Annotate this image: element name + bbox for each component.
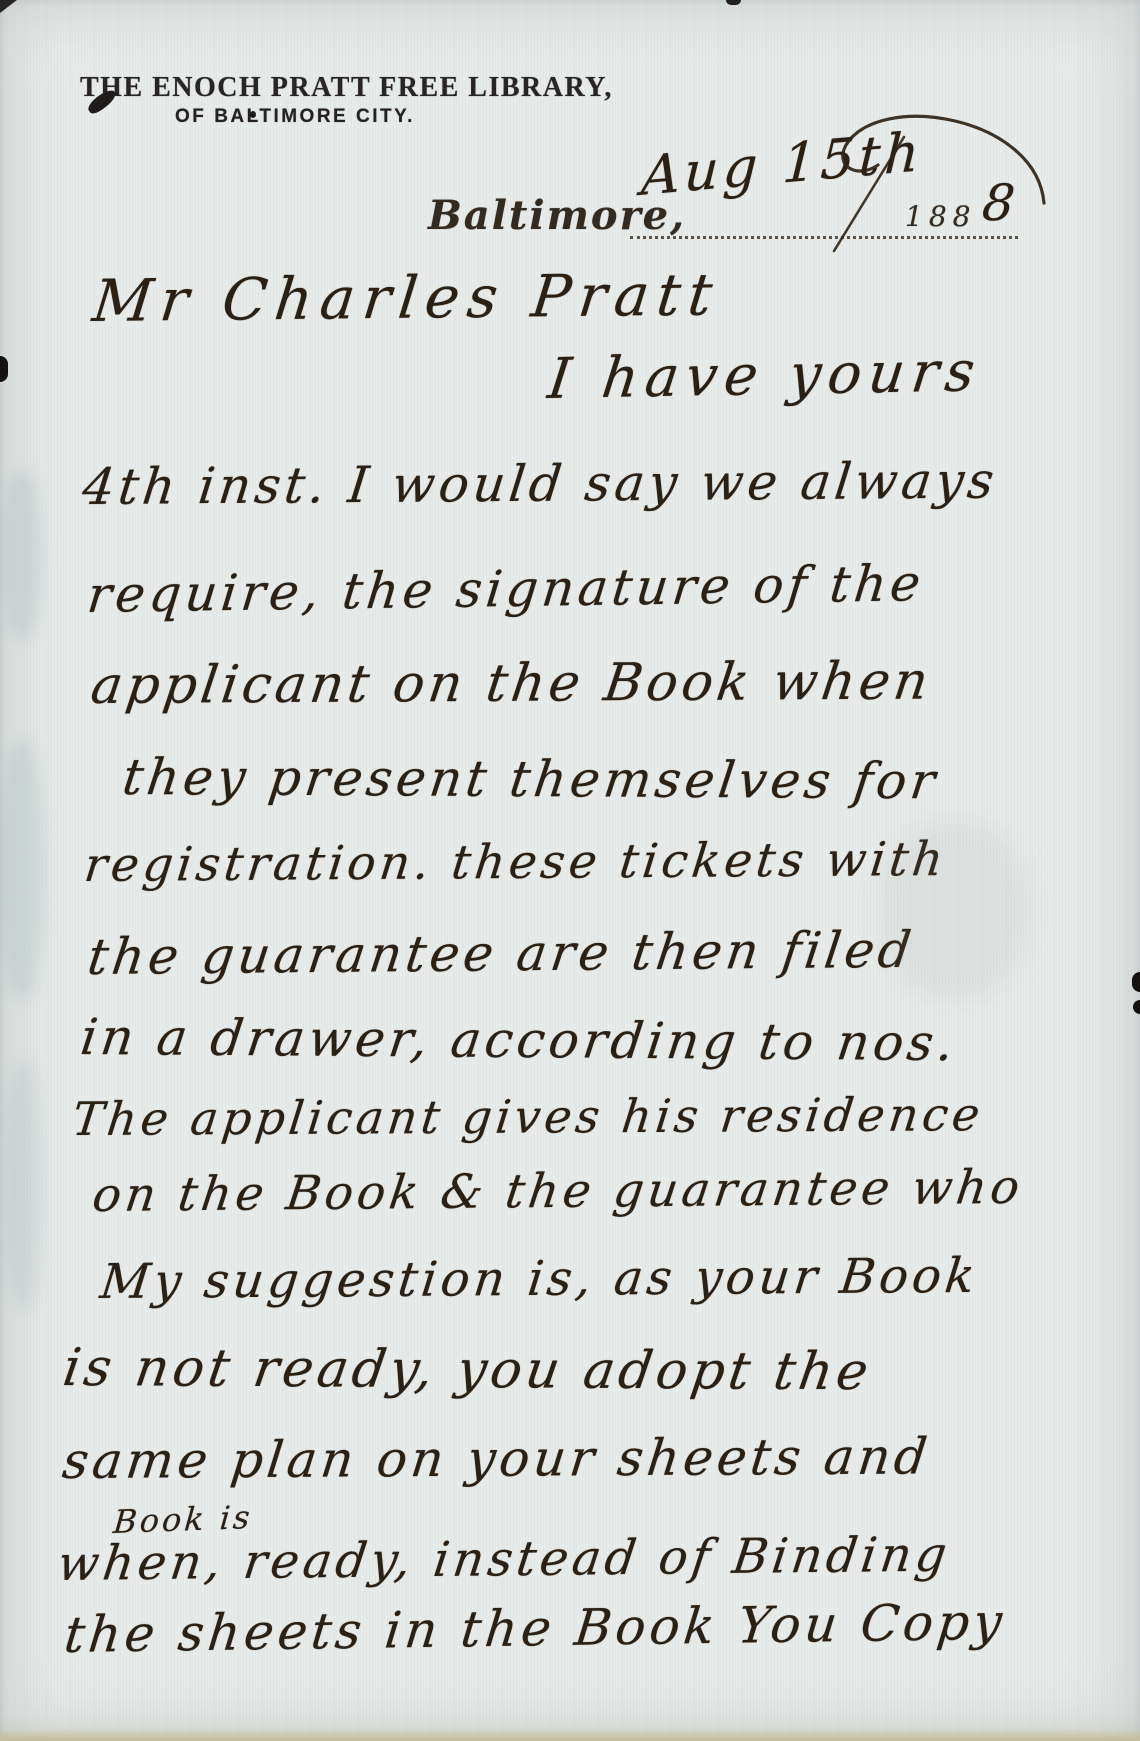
photo-edge-mark xyxy=(0,356,8,382)
photo-corner-mark xyxy=(0,0,17,13)
bleed-through-smudge xyxy=(2,470,42,640)
ink-speck xyxy=(250,111,256,118)
photo-edge-mark xyxy=(726,0,741,5)
handwritten-line: require, the signature of the xyxy=(85,558,927,620)
letterhead-subtitle: OF BALTIMORE CITY. xyxy=(80,106,510,128)
salutation-line: Mr Charles Pratt xyxy=(90,265,723,330)
handwritten-line: registration. these tickets with xyxy=(82,836,949,889)
handwritten-line: they present themselves for xyxy=(120,752,942,806)
handwritten-line: in a drawer, according to nos. xyxy=(78,1012,960,1068)
bleed-through-smudge xyxy=(0,740,44,1000)
letterhead-title: THE ENOCH PRATT FREE LIBRARY, xyxy=(80,72,510,104)
photo-edge-mark xyxy=(1133,1000,1140,1014)
interlinear-insertion: Book is xyxy=(112,1501,254,1538)
letter-page: THE ENOCH PRATT FREE LIBRARY, OF BALTIMO… xyxy=(0,0,1140,1741)
handwritten-line: is not ready, you adopt the xyxy=(60,1342,875,1398)
photo-edge-mark xyxy=(1132,972,1140,992)
handwritten-line: I have yours xyxy=(545,344,985,408)
paper-bottom-edge xyxy=(0,1729,1140,1741)
handwritten-line: The applicant gives his residence xyxy=(70,1091,986,1142)
handwritten-line: same plan on your sheets and xyxy=(60,1431,933,1486)
handwritten-line: on the Book & the guarantee who xyxy=(90,1164,1026,1219)
handwritten-line: the sheets in the Book You Copy xyxy=(62,1597,1008,1660)
handwritten-line: applicant on the Book when xyxy=(88,656,935,712)
bleed-through-smudge xyxy=(4,1060,42,1310)
pen-flourish xyxy=(800,85,1080,285)
handwritten-line: My suggestion is, as your Book xyxy=(98,1252,981,1306)
handwritten-line: the guarantee are then filed xyxy=(85,925,918,982)
handwritten-line: when, ready, instead of Binding xyxy=(55,1531,953,1588)
handwritten-line: 4th inst. I would say we always xyxy=(80,456,1000,512)
